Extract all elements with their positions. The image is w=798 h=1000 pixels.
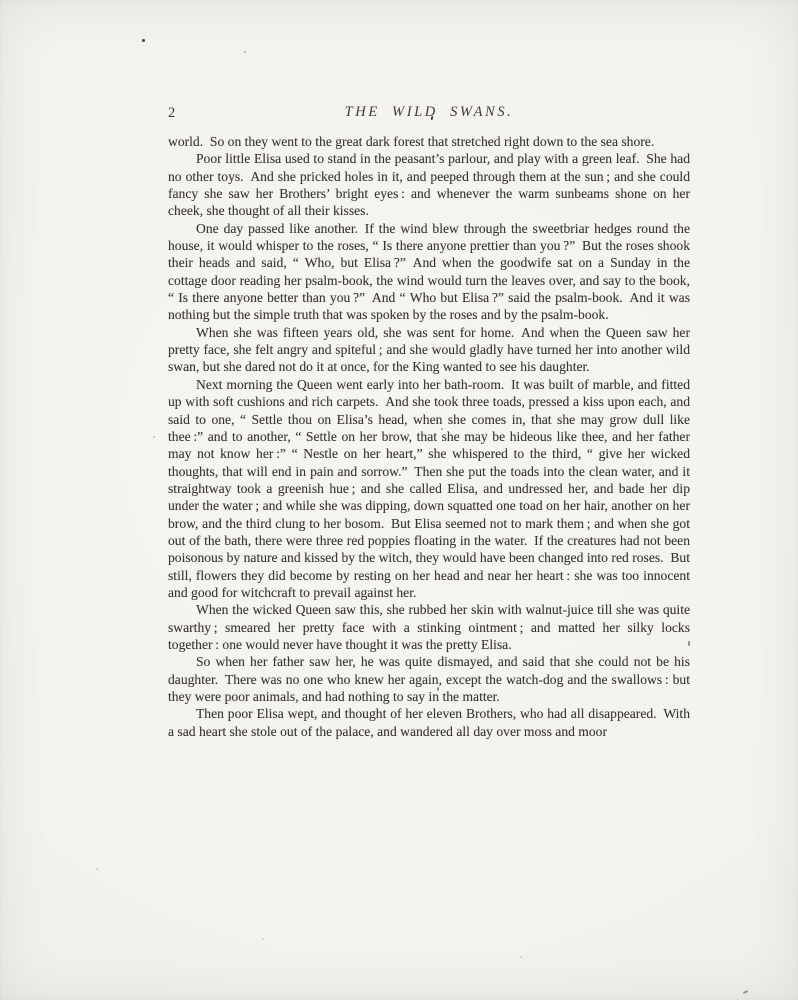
- scan-speck: [96, 868, 98, 870]
- paragraph: When the wicked Queen saw this, she rubb…: [168, 601, 690, 653]
- paragraph: Poor little Elisa used to stand in the p…: [168, 150, 690, 219]
- paragraph: One day passed like another. If the wind…: [168, 220, 690, 324]
- scan-speck: [366, 682, 368, 684]
- running-title: THE WILD SWANS.: [168, 104, 690, 121]
- scan-speck: [441, 428, 443, 430]
- book-page: 2 THE WILD SWANS. world. So on they went…: [0, 0, 798, 1000]
- scan-speck: [244, 51, 246, 53]
- paragraph: Then poor Elisa wept, and thought of her…: [168, 705, 690, 740]
- paragraph: world. So on they went to the great dark…: [168, 133, 690, 150]
- scan-speck: [688, 641, 690, 646]
- scan-speck: [153, 436, 155, 438]
- paragraph: Next morning the Queen went early into h…: [168, 376, 690, 601]
- page-header: 2 THE WILD SWANS.: [168, 104, 690, 122]
- scan-speck: [520, 956, 522, 958]
- paragraph: So when her father saw her, he was quite…: [168, 653, 690, 705]
- paragraph: When she was fifteen years old, she was …: [168, 324, 690, 376]
- scan-speck: [743, 990, 748, 994]
- scan-speck: [437, 687, 439, 691]
- scan-speck: [142, 39, 145, 42]
- scan-speck: [262, 938, 264, 940]
- page-body: world. So on they went to the great dark…: [168, 133, 690, 740]
